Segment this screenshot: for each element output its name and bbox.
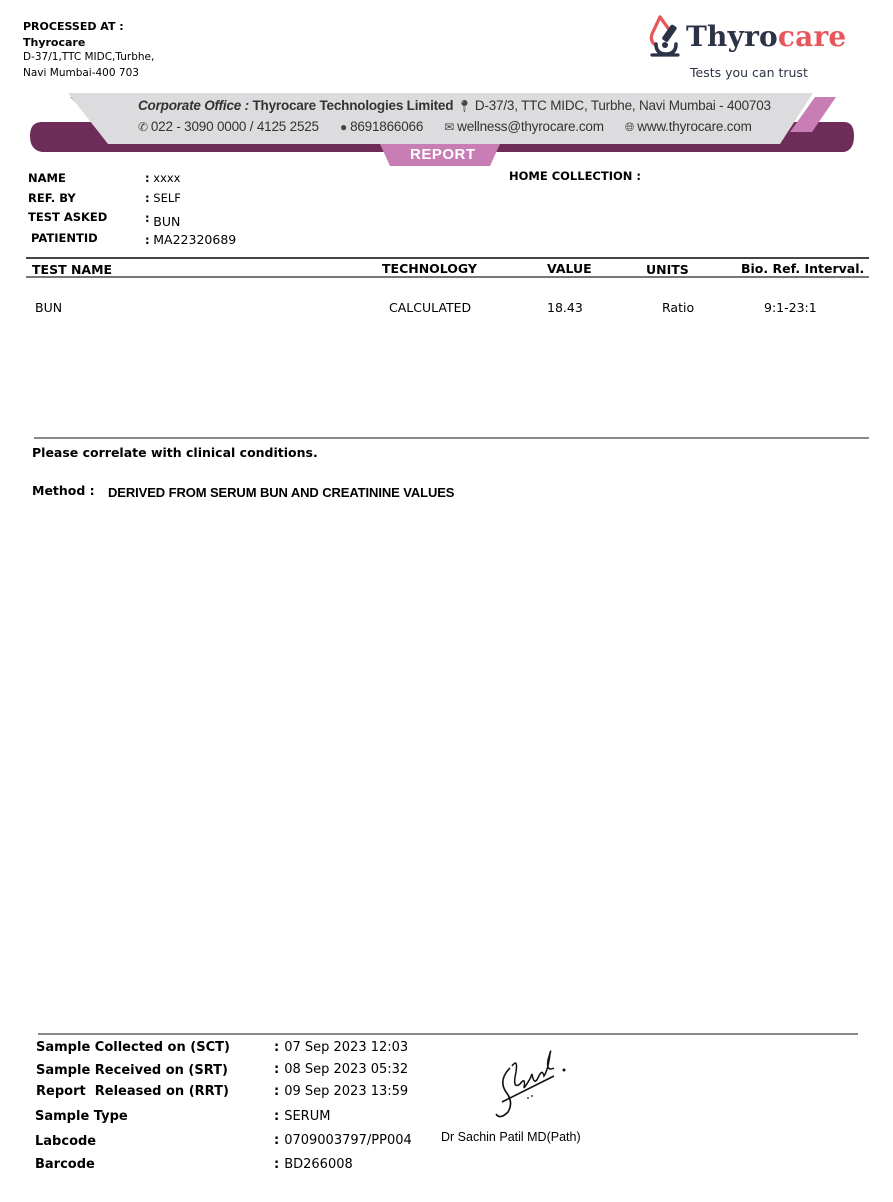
contact-email[interactable]: wellness@thyrocare.com <box>457 119 604 134</box>
contact-phone: 022 - 3090 0000 / 4125 2525 <box>151 119 319 134</box>
sct-label: Sample Collected on (SCT) <box>36 1040 230 1055</box>
correlate-note: Please correlate with clinical condition… <box>32 445 318 460</box>
contact-line: ✆022 - 3090 0000 / 4125 2525 ●8691866066… <box>138 119 752 135</box>
test-asked-row: : BUN <box>145 210 180 225</box>
table-top-rule <box>26 257 869 259</box>
col-header-technology: TECHNOLOGY <box>382 261 477 276</box>
sct-row: :07 Sep 2023 12:03 <box>274 1040 408 1055</box>
name-row: : xxxx <box>145 171 181 185</box>
logo-wordmark-care: care <box>778 20 847 53</box>
signature-icon <box>492 1040 582 1125</box>
footer-rule <box>38 1033 858 1035</box>
labcode-label: Labcode <box>35 1134 96 1149</box>
rrt-label: Report Released on (RRT) <box>36 1084 229 1099</box>
table-header-rule <box>26 276 869 278</box>
corporate-office-name: Thyrocare Technologies Limited <box>252 98 453 113</box>
processed-at-address-line1: D-37/1,TTC MIDC,Turbhe, <box>23 50 154 66</box>
table-bottom-rule <box>34 437 869 439</box>
whatsapp-icon: ● <box>340 120 347 134</box>
patient-id-value: MA22320689 <box>153 232 236 247</box>
processed-at-heading: PROCESSED AT : <box>23 19 154 35</box>
method-value: DERIVED FROM SERUM BUN AND CREATININE VA… <box>108 485 454 500</box>
rrt-row: :09 Sep 2023 13:59 <box>274 1084 408 1099</box>
cell-technology: CALCULATED <box>389 300 471 315</box>
name-label: NAME <box>28 171 66 185</box>
cell-test-name: BUN <box>35 300 62 315</box>
srt-label: Sample Received on (SRT) <box>36 1063 228 1078</box>
barcode-value: BD266008 <box>284 1157 353 1172</box>
sample-type-row: :SERUM <box>274 1109 330 1124</box>
corporate-banner: Corporate Office : Thyrocare Technologie… <box>28 92 858 168</box>
corporate-office-label: Corporate Office : <box>138 98 249 113</box>
ref-by-label: REF. BY <box>28 191 76 205</box>
corporate-office-line: Corporate Office : Thyrocare Technologie… <box>138 98 771 113</box>
col-header-units: UNITS <box>646 262 689 277</box>
cell-value: 18.43 <box>547 300 583 315</box>
phone-icon: ✆ <box>138 120 148 134</box>
cell-ref-interval: 9:1-23:1 <box>764 300 817 315</box>
globe-icon: 🌐︎ <box>625 120 634 135</box>
patient-id-row: : MA22320689 <box>145 232 236 247</box>
logo-wordmark-thyro: Thyro <box>686 20 778 53</box>
barcode-label: Barcode <box>35 1157 95 1172</box>
flask-microscope-drop-icon <box>648 14 684 58</box>
ref-by-row: : SELF <box>145 191 181 205</box>
sample-type-value: SERUM <box>284 1109 330 1124</box>
labcode-value: 0709003797/PP004 <box>284 1133 412 1148</box>
logo-tagline: Tests you can trust <box>690 65 808 80</box>
rrt-value: 09 Sep 2023 13:59 <box>284 1084 408 1099</box>
home-collection-label: HOME COLLECTION : <box>509 169 641 183</box>
test-asked-value: BUN <box>153 214 180 229</box>
doctor-name: Dr Sachin Patil MD(Path) <box>441 1130 581 1144</box>
thyrocare-logo: Thyrocare Tests you can trust <box>648 14 848 84</box>
col-header-value: VALUE <box>547 261 592 276</box>
contact-whatsapp: 8691866066 <box>350 119 423 134</box>
name-value: xxxx <box>153 171 180 185</box>
col-header-test-name: TEST NAME <box>32 262 112 277</box>
labcode-row: :0709003797/PP004 <box>274 1133 412 1148</box>
location-pin-icon: 📍︎ <box>457 99 472 113</box>
test-asked-label: TEST ASKED <box>28 210 107 224</box>
mail-icon: ✉ <box>444 120 454 134</box>
contact-website[interactable]: www.thyrocare.com <box>637 119 751 134</box>
srt-row: :08 Sep 2023 05:32 <box>274 1062 408 1077</box>
logo-wordmark: Thyrocare <box>686 20 846 53</box>
barcode-row: :BD266008 <box>274 1157 353 1172</box>
srt-value: 08 Sep 2023 05:32 <box>284 1062 408 1077</box>
method-label: Method : <box>32 483 95 498</box>
processed-at-name: Thyrocare <box>23 35 154 51</box>
ref-by-value: SELF <box>153 191 181 205</box>
processed-at-address-line2: Navi Mumbai-400 703 <box>23 66 154 82</box>
sct-value: 07 Sep 2023 12:03 <box>284 1040 408 1055</box>
corporate-address: D-37/3, TTC MIDC, Turbhe, Navi Mumbai - … <box>475 98 771 113</box>
report-label: REPORT <box>410 146 470 163</box>
patient-id-label: PATIENTID <box>31 231 98 245</box>
sample-type-label: Sample Type <box>35 1109 128 1124</box>
processed-at-block: PROCESSED AT : Thyrocare D-37/1,TTC MIDC… <box>23 19 154 81</box>
col-header-ref-interval: Bio. Ref. Interval. <box>741 261 864 276</box>
cell-units: Ratio <box>662 300 694 315</box>
